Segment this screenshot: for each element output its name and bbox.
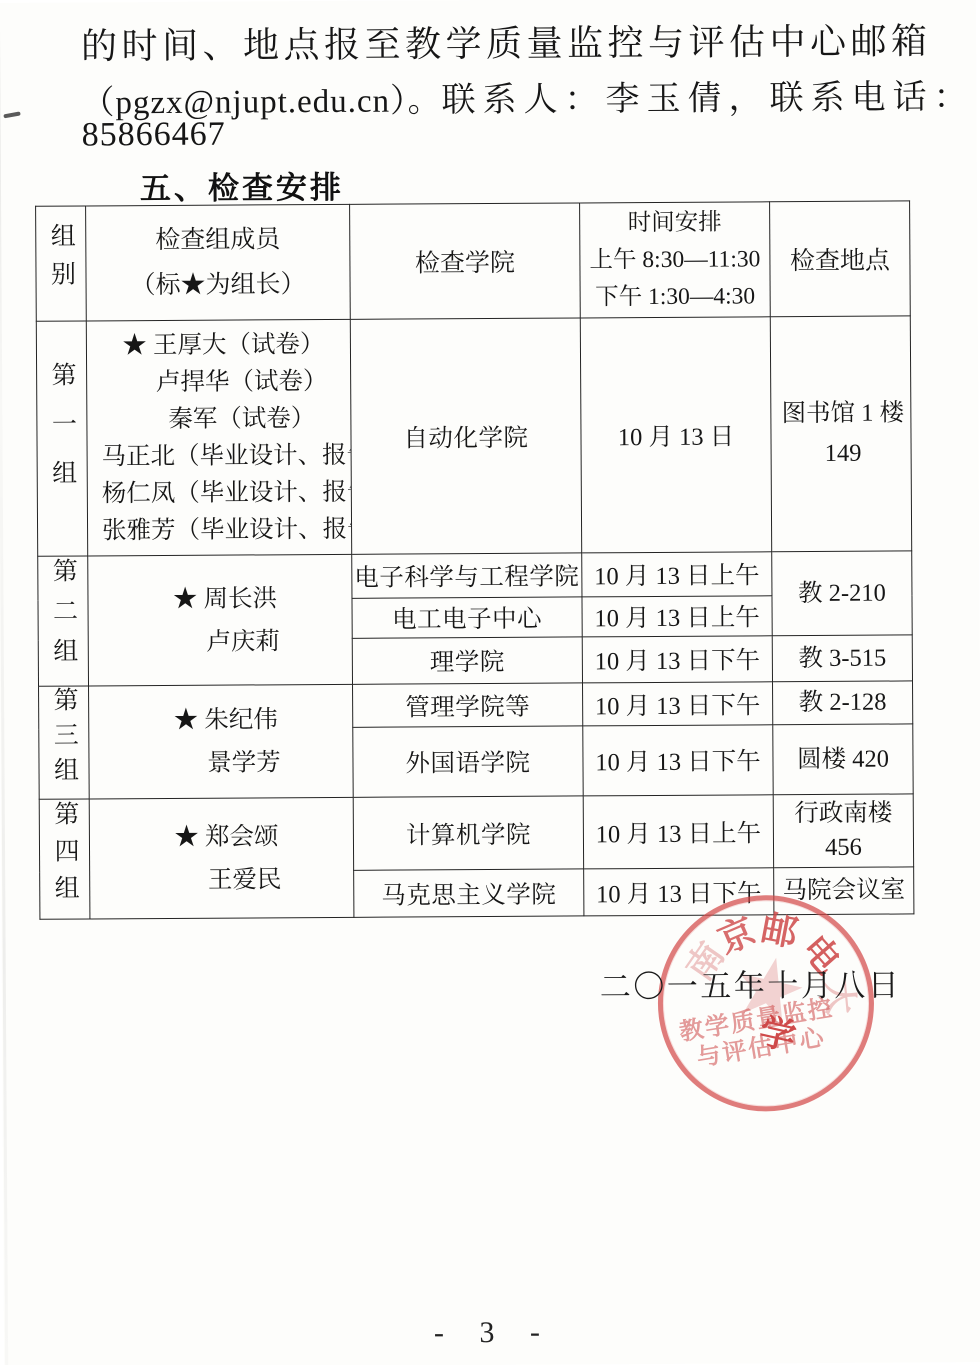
- college-cell: 电子科学与工程学院: [352, 553, 582, 598]
- college-cell: 电工电子中心: [352, 597, 582, 638]
- scan-mark-artifact: [3, 111, 20, 118]
- college-cell: 自动化学院: [350, 318, 581, 554]
- location-cell: 教 3-515: [772, 635, 912, 682]
- contact-phone: 85866467: [82, 116, 226, 155]
- table-header-row: 组别 检查组成员 （标★为组长） 检查学院 时间安排 上午 8:30—11:30…: [36, 201, 911, 321]
- college-cell: 外国语学院: [353, 726, 583, 797]
- header-group: 组别: [36, 206, 87, 321]
- header-time: 时间安排 上午 8:30—11:30 下午 1:30—4:30: [580, 202, 771, 318]
- member-name: ★ 朱纪伟: [103, 698, 348, 742]
- member-name: ★ 王厚大（试卷）: [101, 326, 346, 364]
- intro-line-1: 的时间、地点报至教学质量监控与评估中心邮箱: [81, 13, 932, 69]
- contact-person: 联系人：李玉倩，联系电话：: [442, 79, 975, 119]
- date-line: 二〇一五年十月八日: [600, 959, 902, 1006]
- group3-label-cell: 第三组: [39, 686, 90, 799]
- header-location: 检查地点: [770, 201, 911, 317]
- location-cell: 教 2-128: [773, 681, 913, 725]
- inspection-schedule-table: 组别 检查组成员 （标★为组长） 检查学院 时间安排 上午 8:30—11:30…: [35, 200, 914, 919]
- table-row-group3-1: 第三组 ★ 朱纪伟 景学芳 管理学院等 10 月 13 日下午 教 2-128: [39, 681, 913, 729]
- document-page: 的时间、地点报至教学质量监控与评估中心邮箱 （pgzx@njupt.edu.cn…: [0, 0, 980, 1365]
- group1-label-cell: 第一组: [36, 321, 87, 556]
- table-row-group4-1: 第四组 ★ 郑会颂 王爱民 计算机学院 10 月 13 日上午 行政南楼 456: [39, 794, 913, 872]
- group2-label-cell: 第二组: [38, 556, 89, 686]
- location-cell: 教 2-210: [772, 551, 913, 636]
- time-cell: 10 月 13 日上午: [582, 596, 772, 637]
- time-cell: 10 月 13 日上午: [583, 795, 773, 869]
- group2-members-cell: ★ 周长洪 卢庆莉: [88, 554, 353, 686]
- time-cell: 10 月 13 日下午: [583, 682, 773, 726]
- scan-edge-artifact: [0, 3, 8, 1365]
- table-row-group1: 第一组 ★ 王厚大（试卷） 卢捍华（试卷） 秦军（试卷） 马正北（毕业设计、报告…: [36, 316, 911, 556]
- group3-members-cell: ★ 朱纪伟 景学芳: [89, 684, 354, 799]
- group4-label-cell: 第四组: [39, 799, 90, 919]
- header-college: 检查学院: [350, 203, 581, 319]
- time-cell: 10 月 13 日下午: [582, 636, 772, 683]
- member-name: 杨仁凤（毕业设计、报告）: [102, 474, 347, 512]
- page-number: - 3 -: [4, 1313, 980, 1353]
- member-name: 秦军（试卷）: [101, 400, 346, 438]
- member-name: 马正北（毕业设计、报告）: [102, 437, 347, 475]
- location-cell: 圆楼 420: [773, 724, 913, 795]
- location-cell: 图书馆 1 楼 149: [770, 316, 911, 552]
- member-name: 景学芳: [103, 741, 348, 785]
- location-cell: 行政南楼 456: [773, 794, 913, 868]
- college-cell: 管理学院等: [353, 683, 583, 727]
- table-row-group2-1: 第二组 ★ 周长洪 卢庆莉 电子科学与工程学院 10 月 13 日上午 教 2-…: [38, 551, 912, 600]
- college-cell: 理学院: [352, 637, 582, 684]
- group4-members-cell: ★ 郑会颂 王爱民: [89, 797, 354, 919]
- member-name: 王爱民: [104, 857, 349, 901]
- member-name: 卢捍华（试卷）: [101, 363, 346, 401]
- header-members: 检查组成员 （标★为组长）: [86, 204, 351, 321]
- section-heading: 五、检查安排: [140, 162, 344, 208]
- college-cell: 马克思主义学院: [354, 869, 584, 917]
- member-name: 卢庆莉: [103, 619, 348, 663]
- college-cell: 计算机学院: [353, 796, 583, 870]
- time-cell: 10 月 13 日下午: [583, 725, 773, 796]
- time-cell: 10 月 13 日上午: [582, 552, 772, 597]
- group1-members-cell: ★ 王厚大（试卷） 卢捍华（试卷） 秦军（试卷） 马正北（毕业设计、报告） 杨仁…: [86, 319, 351, 556]
- member-name: ★ 郑会颂: [104, 814, 349, 858]
- member-name: ★ 周长洪: [102, 576, 347, 620]
- member-name: 张雅芳（毕业设计、报告）: [102, 511, 347, 549]
- time-cell: 10 月 13 日: [580, 317, 771, 553]
